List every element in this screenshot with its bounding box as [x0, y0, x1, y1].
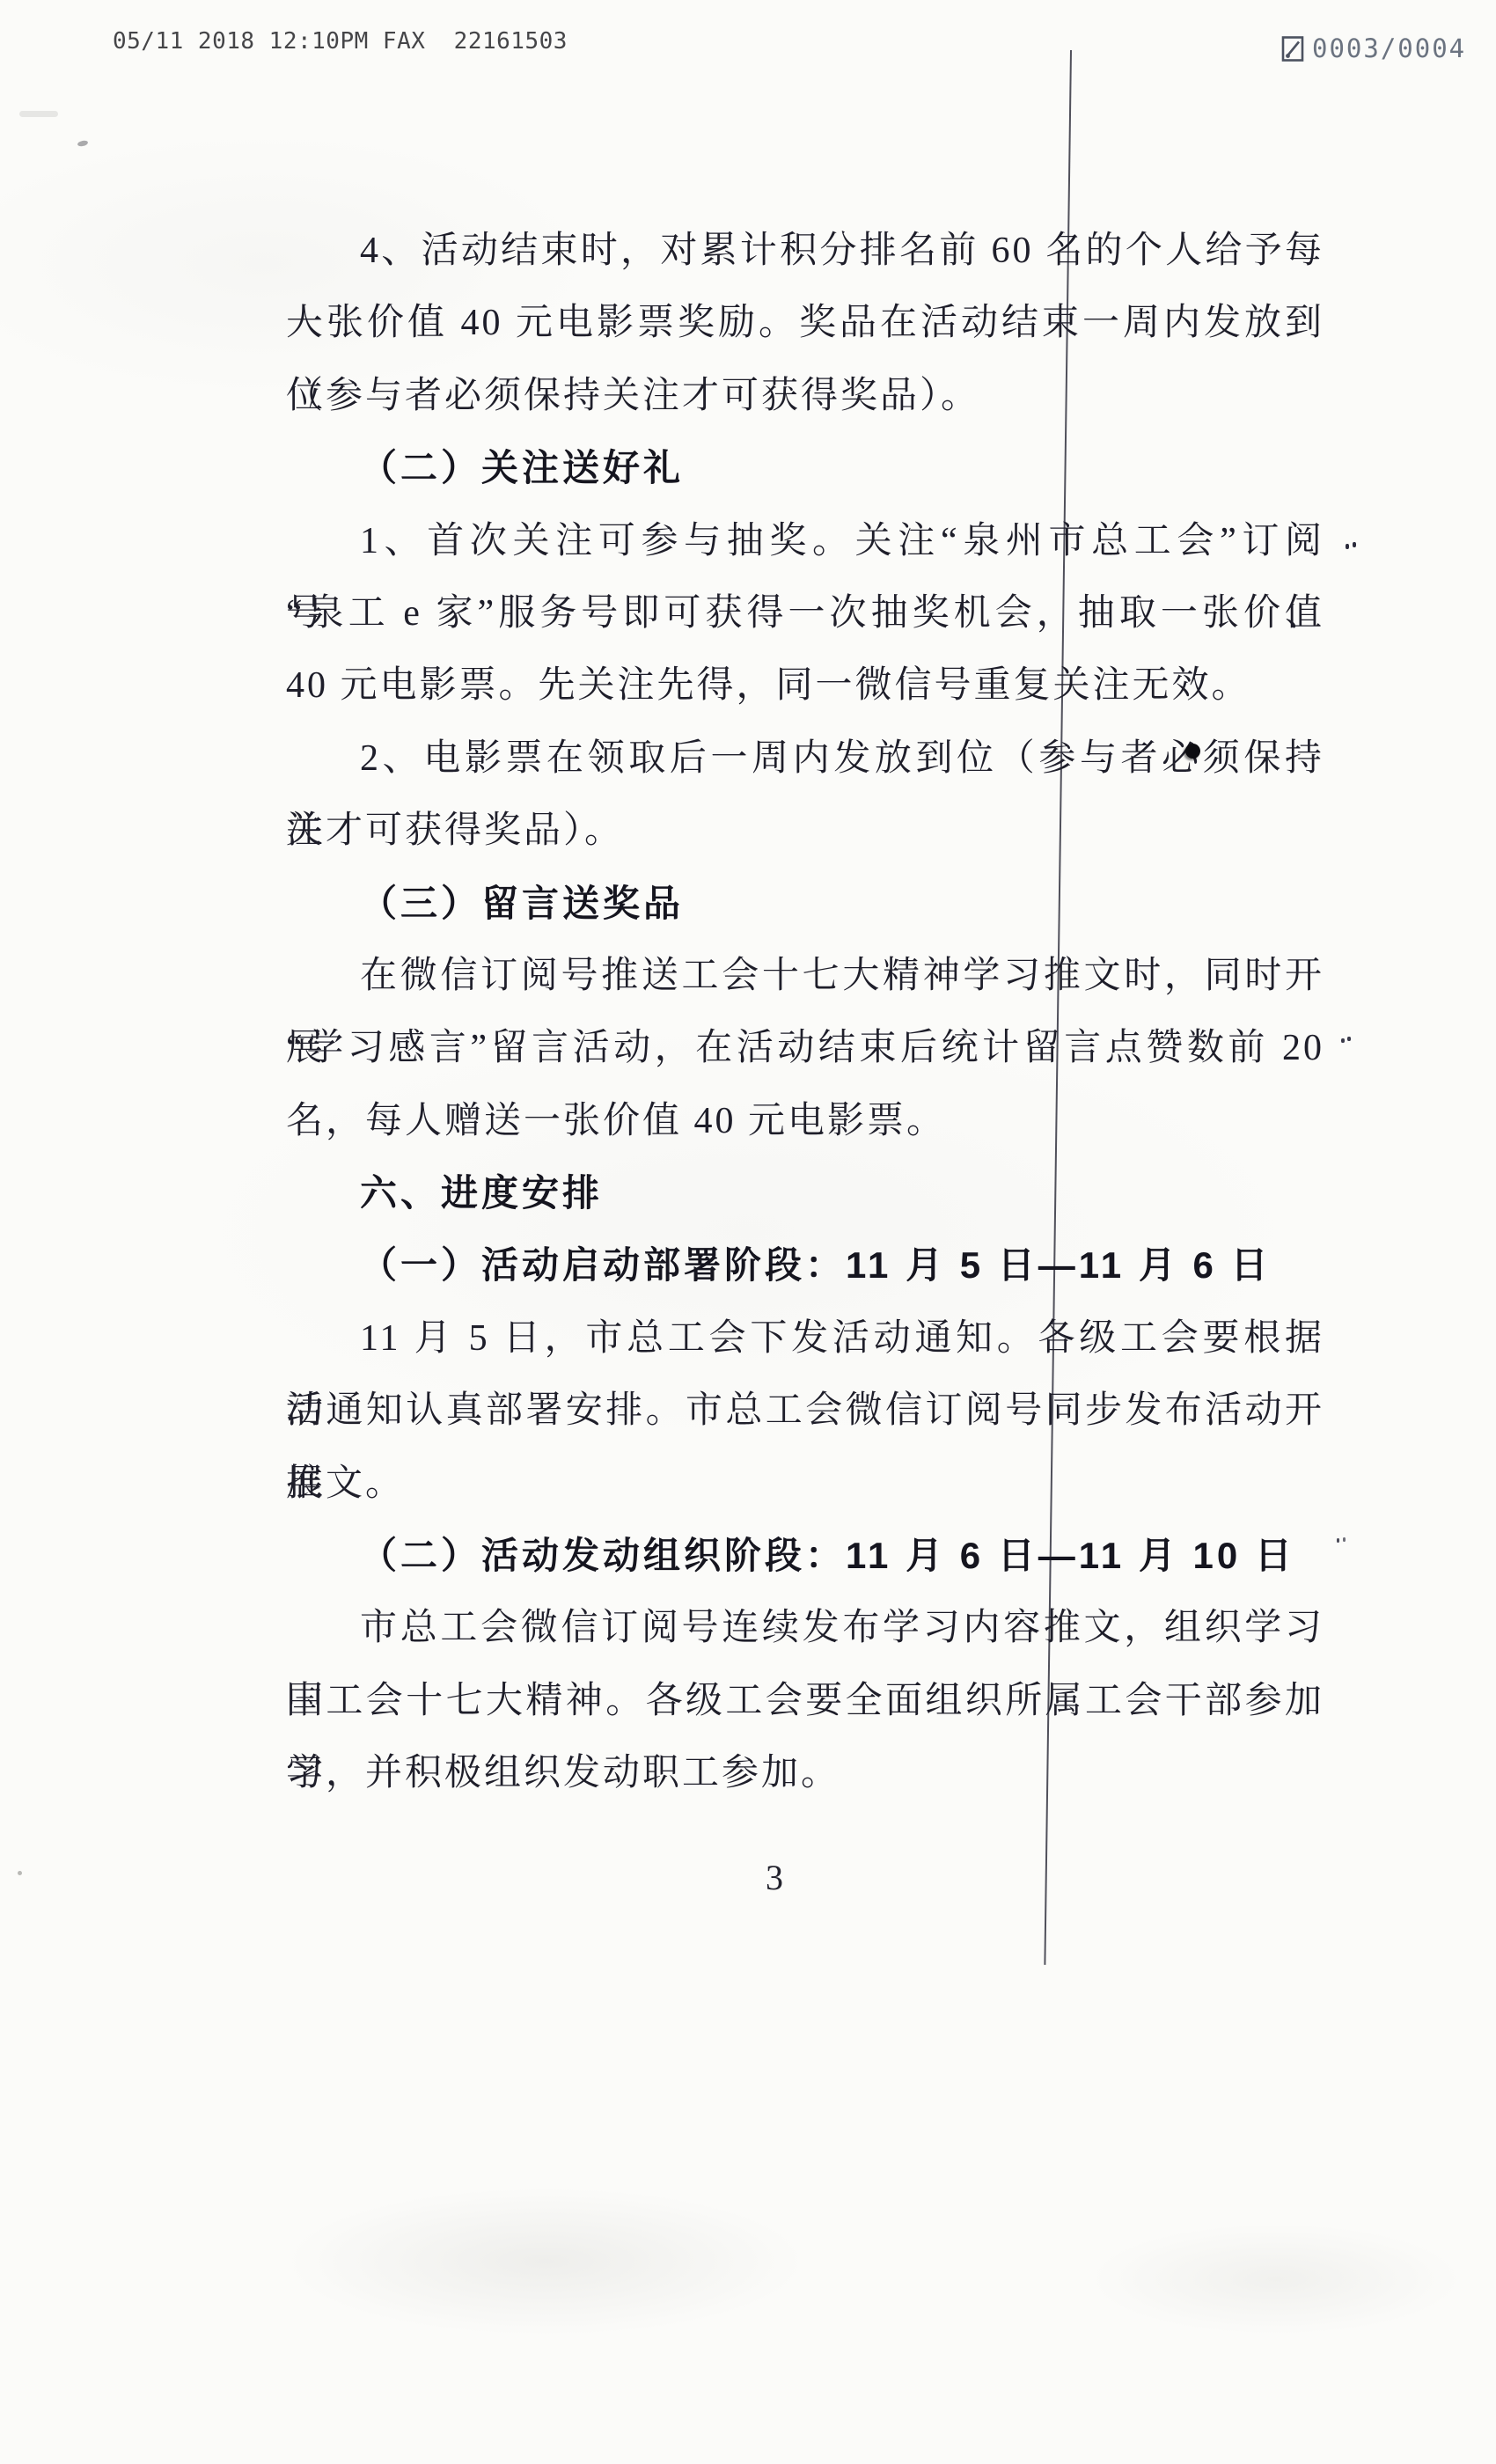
scan-speck-artifact — [18, 1871, 22, 1875]
fax-document-page: 05/11 2018 12:10PM FAX 22161503 0003/000… — [0, 0, 1496, 2464]
scan-speck-artifact — [1337, 1538, 1339, 1543]
scan-streak-artifact — [19, 111, 58, 117]
text-line: 4、活动结束时，对累计积分排名前 60 名的个人给予每人 — [286, 215, 1324, 287]
fax-transmission-header: 05/11 2018 12:10PM FAX 22161503 — [113, 28, 568, 55]
text-line: 40 元电影票。先关注先得，同一微信号重复关注无效。 — [286, 649, 1324, 722]
text-line: 动通知认真部署安排。市总工会微信订阅号同步发布活动开展 — [286, 1375, 1324, 1447]
text-line: （一）活动启动部署阶段：11 月 5 日—11 月 6 日 — [286, 1229, 1324, 1302]
fax-page-counter: 0003/0004 — [1281, 33, 1466, 63]
text-line: 六、进度安排 — [286, 1157, 1324, 1229]
text-line: 在微信订阅号推送工会十七大精神学习推文时，同时开展 — [286, 940, 1324, 1012]
fax-page-counter-label: 0003/0004 — [1312, 33, 1466, 63]
text-line: 1、首次关注可参与抽奖。关注“泉州市总工会”订阅号、 — [286, 505, 1324, 577]
text-line: 国工会十七大精神。各级工会要全面组织所属工会干部参加学 — [286, 1665, 1324, 1737]
scan-speck-artifact — [1346, 544, 1349, 549]
text-line: “学习感言”留言活动，在活动结束后统计留言点赞数前 20 — [286, 1012, 1324, 1084]
scan-speck-artifact — [1341, 1038, 1345, 1043]
text-line: 市总工会微信订阅号连续发布学习内容推文，组织学习中 — [286, 1592, 1324, 1664]
text-line: “泉工 e 家”服务号即可获得一次抽奖机会，抽取一张价值 — [286, 577, 1324, 649]
text-line: 2、电影票在领取后一周内发放到位（参与者必须保持关 — [286, 722, 1324, 795]
scan-speck-artifact — [77, 140, 89, 147]
text-line: （二）活动发动组织阶段：11 月 6 日—11 月 10 日 — [286, 1520, 1324, 1592]
document-body: 4、活动结束时，对累计积分排名前 60 名的个人给予每人一张价值 40 元电影票… — [286, 215, 1324, 1810]
page-number: 3 — [746, 1855, 803, 1901]
text-line: 推文。 — [286, 1448, 1324, 1520]
text-line: （三）留言送奖品 — [286, 868, 1324, 940]
text-line: 习，并积极组织发动职工参加。 — [286, 1737, 1324, 1809]
text-line: 注才可获得奖品）。 — [286, 795, 1324, 867]
text-line: 一张价值 40 元电影票奖励。奖品在活动结束一周内发放到位 — [286, 287, 1324, 359]
text-line: 11 月 5 日，市总工会下发活动通知。各级工会要根据活 — [286, 1302, 1324, 1375]
fax-page-icon — [1281, 34, 1306, 63]
text-line: （参与者必须保持关注才可获得奖品）。 — [286, 360, 1324, 432]
text-line: （二）关注送好礼 — [286, 432, 1324, 504]
text-line: 名，每人赠送一张价值 40 元电影票。 — [286, 1085, 1324, 1157]
